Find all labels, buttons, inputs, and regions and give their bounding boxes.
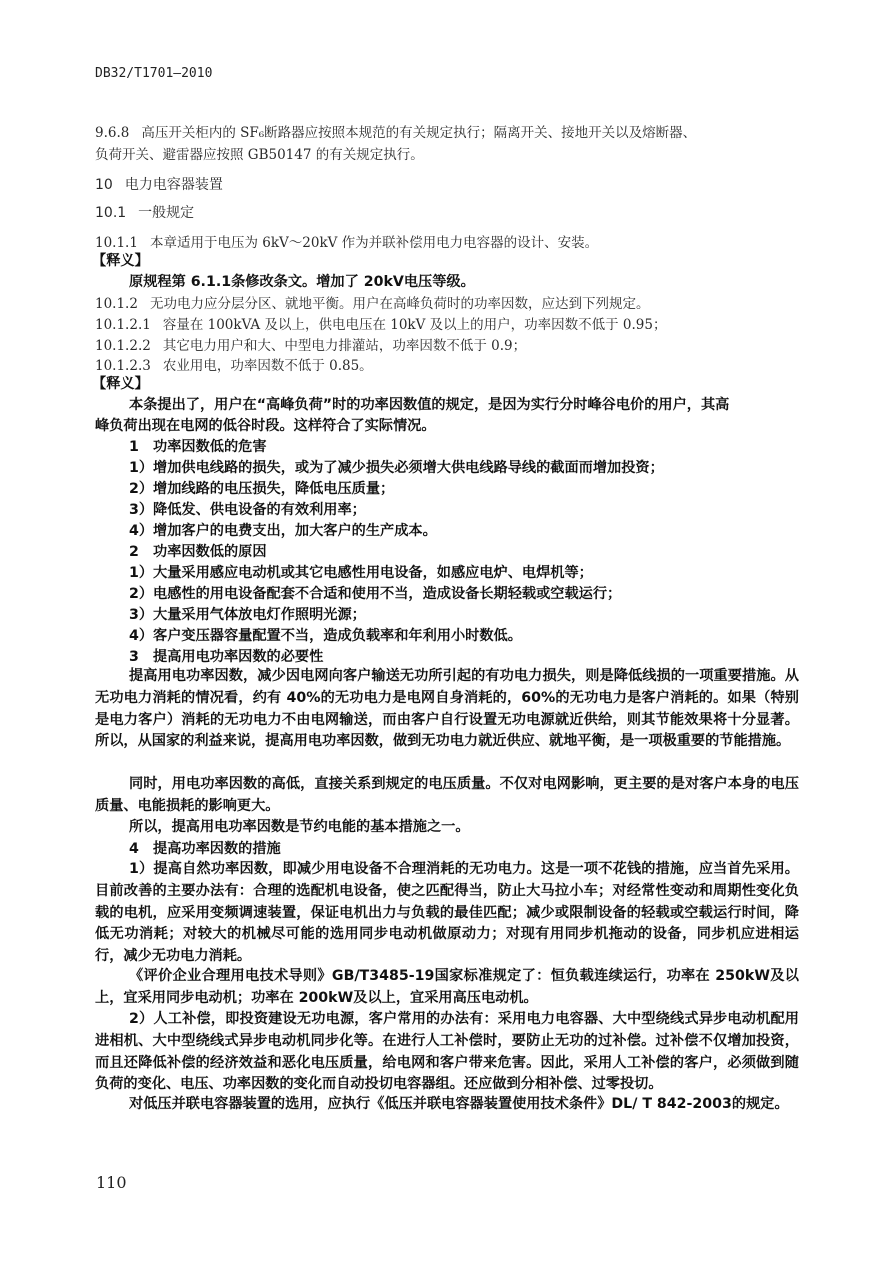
- document-id-header: DB32/T1701—2010: [95, 66, 212, 81]
- clause-text: 农业用电，功率因数不低于 0.85。: [163, 358, 373, 374]
- clause-10-1-2-2: 10.1.2.2其它电力用户和大、中型电力排灌站，功率因数不低于 0.9；: [95, 334, 526, 354]
- subheading-measures: 4 提高功率因数的措施: [129, 838, 281, 858]
- subheading-causes: 2 功率因数低的原因: [129, 541, 267, 561]
- paragraph-measures-standard: 《评价企业合理用电技术导则》GB/T3485-19国家标准规定了：恒负载连续运行…: [95, 966, 799, 1010]
- explanation-intro-line2: 峰负荷出现在电网的低谷时段。这样符合了实际情况。: [95, 415, 436, 435]
- subheading-harms: 1 功率因数低的危害: [129, 436, 267, 456]
- subheading-necessity: 3 提高用电功率因数的必要性: [129, 646, 323, 666]
- paragraph-measures-2: 2）人工补偿，即投资建设无功电源，客户常用的办法有：采用电力电容器、大中型绕线式…: [95, 1009, 799, 1096]
- list-item: 1）大量采用感应电动机或其它电感性用电设备，如感应电炉、电焊机等；: [129, 562, 593, 582]
- paragraph-measures-1: 1）提高自然功率因数，即减少用电设备不合理消耗的无功电力。这是一项不花钱的措施，…: [95, 859, 799, 968]
- clause-10-1-2: 10.1.2无功电力应分层分区、就地平衡。用户在高峰负荷时的功率因数，应达到下列…: [95, 292, 649, 312]
- clause-text: 无功电力应分层分区、就地平衡。用户在高峰负荷时的功率因数，应达到下列规定。: [150, 296, 650, 312]
- clause-9-6-8-line2: 负荷开关、避雷器应按照 GB50147 的有关规定执行。: [95, 143, 424, 163]
- list-item: 4）客户变压器容量配置不当，造成负载率和年利用小时数低。: [129, 625, 522, 645]
- paragraph-necessity-3: 所以，提高用电功率因数是节约电能的基本措施之一。: [95, 817, 799, 839]
- document-page: DB32/T1701—2010 9.6.8高压开关柜内的 SF₆断路器应按照本规…: [0, 0, 892, 1263]
- chapter-heading: 10电力电容器装置: [95, 174, 223, 194]
- paragraph-necessity-2: 同时，用电功率因数的高低，直接关系到规定的电压质量。不仅对电网影响，更主要的是对…: [95, 774, 799, 818]
- chapter-number: 10: [95, 177, 113, 193]
- chapter-title: 电力电容器装置: [125, 177, 223, 193]
- clause-10-1-2-1: 10.1.2.1容量在 100kVA 及以上，供电电压在 10kV 及以上的用户…: [95, 313, 666, 333]
- list-item: 1）增加供电线路的损失，或为了减少损失必须增大供电线路导线的截面而增加投资；: [129, 457, 664, 477]
- clause-number: 10.1.2.3: [95, 358, 151, 374]
- page-number: 110: [96, 1173, 127, 1192]
- list-item: 2）增加线路的电压损失，降低电压质量；: [129, 478, 394, 498]
- list-item: 3）大量采用气体放电灯作照明光源；: [129, 604, 366, 624]
- clause-9-6-8-line1: 9.6.8高压开关柜内的 SF₆断路器应按照本规范的有关规定执行；隔离开关、接地…: [95, 121, 696, 141]
- list-item: 4）增加客户的电费支出，加大客户的生产成本。: [129, 520, 437, 540]
- explanation-intro-line1: 本条提出了，用户在“高峰负荷”时的功率因数值的规定，是因为实行分时峰谷电价的用户…: [129, 394, 729, 414]
- explanation-label: 【释义】: [92, 250, 149, 270]
- clause-text: 高压开关柜内的 SF₆断路器应按照本规范的有关规定执行；隔离开关、接地开关以及熔…: [141, 125, 696, 141]
- section-title: 一般规定: [138, 205, 194, 221]
- clause-number: 10.1.2: [95, 296, 138, 312]
- clause-text: 本章适用于电压为 6kV～20kV 作为并联补偿用电力电容器的设计、安装。: [150, 235, 598, 251]
- clause-10-1-1: 10.1.1本章适用于电压为 6kV～20kV 作为并联补偿用电力电容器的设计、…: [95, 231, 598, 251]
- clause-number: 10.1.1: [95, 235, 138, 251]
- clause-number: 9.6.8: [95, 125, 129, 141]
- explanation-text: 原规程第 6.1.1条修改条文。增加了 20kV电压等级。: [129, 271, 475, 291]
- clause-10-1-2-3: 10.1.2.3农业用电，功率因数不低于 0.85。: [95, 354, 373, 374]
- section-heading: 10.1一般规定: [95, 202, 194, 222]
- paragraph-low-voltage-capacitor: 对低压并联电容器装置的选用，应执行《低压并联电容器装置使用技术条件》DL/ T …: [95, 1094, 799, 1116]
- clause-text: 容量在 100kVA 及以上，供电电压在 10kV 及以上的用户，功率因数不低于…: [163, 317, 667, 333]
- list-item: 2）电感性的用电设备配套不合适和使用不当，造成设备长期轻载或空载运行；: [129, 583, 621, 603]
- list-item: 3）降低发、供电设备的有效利用率；: [129, 499, 366, 519]
- clause-number: 10.1.2.2: [95, 338, 151, 354]
- clause-number: 10.1.2.1: [95, 317, 151, 333]
- clause-text: 其它电力用户和大、中型电力排灌站，功率因数不低于 0.9；: [163, 338, 526, 354]
- section-number: 10.1: [95, 205, 126, 221]
- paragraph-necessity-1: 提高用电功率因数，减少因电网向客户输送无功所引起的有功电力损失，则是降低线损的一…: [95, 666, 799, 753]
- explanation-label: 【释义】: [92, 373, 149, 393]
